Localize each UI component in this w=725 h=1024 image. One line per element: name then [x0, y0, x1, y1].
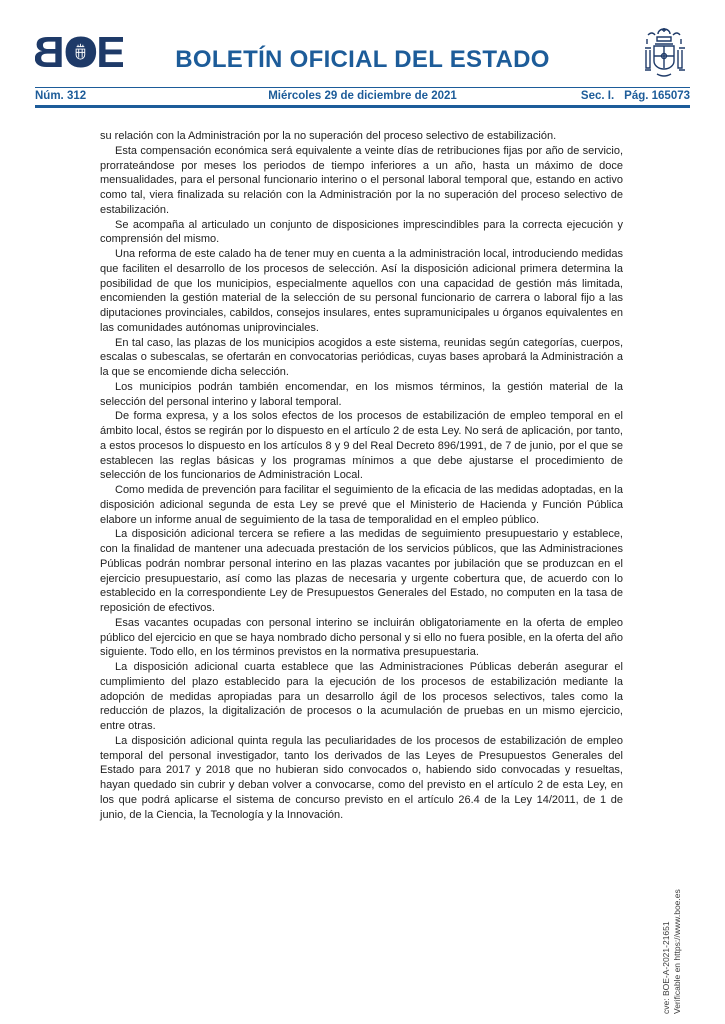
paragraph: Se acompaña al articulado un conjunto de…	[100, 218, 623, 248]
section-label: Sec. I.	[581, 90, 614, 102]
header-rule-thick	[35, 105, 690, 108]
paragraph: La disposición adicional cuarta establec…	[100, 660, 623, 734]
issue-number: Núm. 312	[35, 90, 268, 102]
paragraph: De forma expresa, y a los solos efectos …	[100, 409, 623, 483]
cve-verifiable-url: Verificable en https://www.boe.es	[672, 889, 683, 1014]
page-title: BOLETÍN OFICIAL DEL ESTADO	[0, 46, 725, 74]
paragraph: Como medida de prevención para facilitar…	[100, 483, 623, 527]
paragraph: Esta compensación económica será equival…	[100, 144, 623, 218]
cve-verification-text: cve: BOE-A-2021-21651 Verificable en htt…	[661, 889, 683, 1014]
issue-date: Miércoles 29 de diciembre de 2021	[268, 90, 457, 102]
document-body: su relación con la Administración por la…	[100, 129, 623, 822]
header-rule-thin	[35, 87, 690, 88]
page-number: Pág. 165073	[624, 90, 690, 102]
paragraph: Los municipios podrán también encomendar…	[100, 380, 623, 410]
paragraph: La disposición adicional quinta regula l…	[100, 734, 623, 823]
cve-code: cve: BOE-A-2021-21651	[661, 889, 672, 1014]
infobar: Núm. 312 Miércoles 29 de diciembre de 20…	[35, 90, 690, 102]
paragraph: su relación con la Administración por la…	[100, 129, 623, 144]
paragraph: Esas vacantes ocupadas con personal inte…	[100, 616, 623, 660]
paragraph: En tal caso, las plazas de los municipio…	[100, 336, 623, 380]
coat-of-arms-icon	[639, 26, 689, 91]
section-page: Sec. I.Pág. 165073	[457, 90, 690, 102]
paragraph: La disposición adicional tercera se refi…	[100, 527, 623, 616]
paragraph: Una reforma de este calado ha de tener m…	[100, 247, 623, 336]
boe-gazette-page: B O E BOLETÍN OFICIAL DEL ESTADO	[0, 0, 725, 1024]
